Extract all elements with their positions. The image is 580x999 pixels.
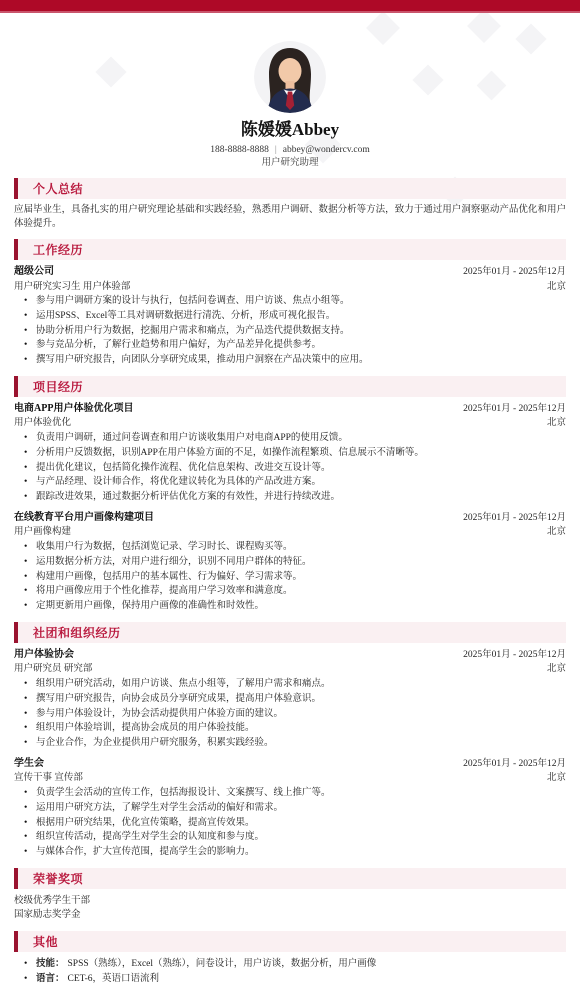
bullet-text: 构建用户画像，包括用户的基本属性、行为偏好、学习需求等。 — [36, 572, 302, 582]
other-list: 技能：SPSS（熟练），Excel（熟练），问卷设计，用户访谈，数据分析，用户画… — [14, 957, 566, 987]
entry-location: 北京 — [547, 416, 566, 431]
entry-sub-row: 宣传干事 宣传部北京 — [14, 771, 566, 786]
contact-line: 188-8888-8888|abbey@wondercv.com — [0, 144, 580, 157]
entry-bullets: 收集用户行为数据，包括浏览记录、学习时长、课程购买等。运用数据分析方法，对用户进… — [14, 540, 566, 614]
section-body: 校级优秀学生干部国家励志奖学金 — [14, 894, 566, 923]
section-project-experience: 项目经历电商APP用户体验优化项目2025年01月 - 2025年12月用户体验… — [14, 376, 566, 614]
section-body: 用户体验协会2025年01月 - 2025年12月用户研究员 研究部北京组织用户… — [14, 648, 566, 860]
entry-role: 用户体验优化 — [14, 416, 71, 431]
entry-role: 用户画像构建 — [14, 525, 71, 540]
candidate-name: 陈媛媛Abbey — [0, 119, 580, 141]
bullet-text: 参与用户调研方案的设计与执行，包括问卷调查、用户访谈、焦点小组等。 — [36, 296, 350, 306]
entry-bullets: 负责用户调研，通过问卷调查和用户访谈收集用户对电商APP的使用反馈。分析用户反馈… — [14, 431, 566, 505]
section-accent-bar — [14, 622, 18, 643]
sections: 个人总结应届毕业生，具备扎实的用户研究理论基础和实践经验，熟悉用户调研、数据分析… — [0, 178, 580, 987]
labeled-bullet-item: 技能：SPSS（熟练），Excel（熟练），问卷设计，用户访谈，数据分析，用户画… — [14, 957, 566, 972]
entry-role: 用户研究实习生 用户体验部 — [14, 280, 130, 295]
item-label: 技能： — [36, 959, 65, 969]
bullet-item: 负责学生会活动的宣传工作，包括海报设计、文案撰写、线上推广等。 — [14, 786, 566, 801]
section-personal-summary: 个人总结应届毕业生，具备扎实的用户研究理论基础和实践经验，熟悉用户调研、数据分析… — [14, 178, 566, 231]
summary-paragraph: 应届毕业生，具备扎实的用户研究理论基础和实践经验，熟悉用户调研、数据分析等方法，… — [14, 204, 566, 231]
bullet-item: 根据用户研究结果，优化宣传策略，提高宣传效果。 — [14, 816, 566, 831]
bullet-item: 将用户画像应用于个性化推荐，提高用户学习效率和满意度。 — [14, 584, 566, 599]
entry: 学生会2025年01月 - 2025年12月宣传干事 宣传部北京负责学生会活动的… — [14, 757, 566, 860]
entry-bullets: 参与用户调研方案的设计与执行，包括问卷调查、用户访谈、焦点小组等。运用SPSS、… — [14, 294, 566, 368]
award-line: 国家励志奖学金 — [14, 908, 566, 923]
entry-date: 2025年01月 - 2025年12月 — [463, 402, 566, 417]
bullet-text: 负责学生会活动的宣传工作，包括海报设计、文案撰写、线上推广等。 — [36, 788, 331, 798]
section-header-organization-experience: 社团和组织经历 — [14, 622, 566, 643]
bullet-text: 定期更新用户画像，保持用户画像的准确性和时效性。 — [36, 601, 264, 611]
section-body: 电商APP用户体验优化项目2025年01月 - 2025年12月用户体验优化北京… — [14, 402, 566, 614]
bullet-item: 构建用户画像，包括用户的基本属性、行为偏好、学习需求等。 — [14, 570, 566, 585]
bullet-text: 跟踪改进效果，通过数据分析评估优化方案的有效性，并进行持续改进。 — [36, 492, 340, 502]
section-header-honors: 荣誉奖项 — [14, 868, 566, 889]
phone-number: 188-8888-8888 — [210, 145, 269, 155]
entry-name: 学生会 — [14, 757, 44, 772]
bullet-item: 撰写用户研究报告，向协会成员分享研究成果，提高用户体验意识。 — [14, 692, 566, 707]
item-label: 语言： — [36, 974, 65, 984]
item-text: CET-6，英语口语流利 — [68, 974, 159, 984]
section-body: 应届毕业生，具备扎实的用户研究理论基础和实践经验，熟悉用户调研、数据分析等方法，… — [14, 204, 566, 231]
entry-name: 用户体验协会 — [14, 648, 74, 663]
section-header-work-experience: 工作经历 — [14, 239, 566, 260]
section-header-personal-summary: 个人总结 — [14, 178, 566, 199]
bullet-item: 跟踪改进效果，通过数据分析评估优化方案的有效性，并进行持续改进。 — [14, 490, 566, 505]
bullet-item: 参与用户体验设计，为协会活动提供用户体验方面的建议。 — [14, 707, 566, 722]
entry-date: 2025年01月 - 2025年12月 — [463, 265, 566, 280]
bullet-item: 负责用户调研，通过问卷调查和用户访谈收集用户对电商APP的使用反馈。 — [14, 431, 566, 446]
section-title: 社团和组织经历 — [33, 624, 121, 641]
bullet-item: 与媒体合作，扩大宣传范围，提高学生会的影响力。 — [14, 845, 566, 860]
entry-bullets: 组织用户研究活动，如用户访谈、焦点小组等，了解用户需求和痛点。撰写用户研究报告，… — [14, 677, 566, 751]
entry-sub-row: 用户画像构建北京 — [14, 525, 566, 540]
section-header-project-experience: 项目经历 — [14, 376, 566, 397]
section-body: 超级公司2025年01月 - 2025年12月用户研究实习生 用户体验部北京参与… — [14, 265, 566, 368]
section-accent-bar — [14, 178, 18, 199]
bullet-text: 参与竞品分析，了解行业趋势和用户偏好，为产品差异化提供参考。 — [36, 340, 321, 350]
bullet-item: 协助分析用户行为数据，挖掘用户需求和痛点，为产品迭代提供数据支持。 — [14, 324, 566, 339]
section-organization-experience: 社团和组织经历用户体验协会2025年01月 - 2025年12月用户研究员 研究… — [14, 622, 566, 860]
section-accent-bar — [14, 239, 18, 260]
bullet-item: 组织用户体验培训，提高协会成员的用户体验技能。 — [14, 721, 566, 736]
bullet-item: 组织用户研究活动，如用户访谈、焦点小组等，了解用户需求和痛点。 — [14, 677, 566, 692]
job-title: 用户研究助理 — [0, 157, 580, 170]
bullet-text: 运用SPSS、Excel等工具对调研数据进行清洗、分析，形成可视化报告。 — [36, 311, 335, 321]
bullet-text: 组织用户体验培训，提高协会成员的用户体验技能。 — [36, 723, 255, 733]
entry-name: 电商APP用户体验优化项目 — [14, 402, 133, 417]
bullet-item: 与产品经理、设计师合作，将优化建议转化为具体的产品改进方案。 — [14, 475, 566, 490]
entry-title-row: 在线教育平台用户画像构建项目2025年01月 - 2025年12月 — [14, 511, 566, 526]
bullet-text: 与产品经理、设计师合作，将优化建议转化为具体的产品改进方案。 — [36, 477, 321, 487]
bullet-text: 撰写用户研究报告，向团队分享研究成果，推动用户洞察在产品决策中的应用。 — [36, 355, 369, 365]
entry-bullets: 负责学生会活动的宣传工作，包括海报设计、文案撰写、线上推广等。运用用户研究方法，… — [14, 786, 566, 860]
entry-location: 北京 — [547, 662, 566, 677]
entry-location: 北京 — [547, 280, 566, 295]
entry-date: 2025年01月 - 2025年12月 — [463, 757, 566, 772]
section-body: 技能：SPSS（熟练），Excel（熟练），问卷设计，用户访谈，数据分析，用户画… — [14, 957, 566, 987]
section-title: 项目经历 — [33, 378, 83, 395]
entry: 用户体验协会2025年01月 - 2025年12月用户研究员 研究部北京组织用户… — [14, 648, 566, 751]
entry-title-row: 电商APP用户体验优化项目2025年01月 - 2025年12月 — [14, 402, 566, 417]
bullet-text: 运用用户研究方法，了解学生对学生会活动的偏好和需求。 — [36, 803, 283, 813]
section-accent-bar — [14, 868, 18, 889]
entry: 超级公司2025年01月 - 2025年12月用户研究实习生 用户体验部北京参与… — [14, 265, 566, 368]
section-accent-bar — [14, 931, 18, 952]
entry-sub-row: 用户研究实习生 用户体验部北京 — [14, 280, 566, 295]
section-other: 其他技能：SPSS（熟练），Excel（熟练），问卷设计，用户访谈，数据分析，用… — [14, 931, 566, 987]
section-honors: 荣誉奖项校级优秀学生干部国家励志奖学金 — [14, 868, 566, 923]
email-address: abbey@wondercv.com — [283, 145, 370, 155]
entry-title-row: 学生会2025年01月 - 2025年12月 — [14, 757, 566, 772]
entry: 电商APP用户体验优化项目2025年01月 - 2025年12月用户体验优化北京… — [14, 402, 566, 505]
bullet-text: 协助分析用户行为数据，挖掘用户需求和痛点，为产品迭代提供数据支持。 — [36, 326, 350, 336]
bullet-item: 定期更新用户画像，保持用户画像的准确性和时效性。 — [14, 599, 566, 614]
bullet-text: 收集用户行为数据，包括浏览记录、学习时长、课程购买等。 — [36, 542, 293, 552]
entry-role: 用户研究员 研究部 — [14, 662, 92, 677]
bullet-item: 运用数据分析方法，对用户进行细分，识别不同用户群体的特征。 — [14, 555, 566, 570]
bullet-text: 分析用户反馈数据，识别APP在用户体验方面的不足，如操作流程繁琐、信息展示不清晰… — [36, 448, 424, 458]
bullet-text: 负责用户调研，通过问卷调查和用户访谈收集用户对电商APP的使用反馈。 — [36, 433, 348, 443]
bullet-text: 与媒体合作，扩大宣传范围，提高学生会的影响力。 — [36, 847, 255, 857]
award-line: 校级优秀学生干部 — [14, 894, 566, 909]
section-work-experience: 工作经历超级公司2025年01月 - 2025年12月用户研究实习生 用户体验部… — [14, 239, 566, 368]
entry-name: 超级公司 — [14, 265, 54, 280]
entry-role: 宣传干事 宣传部 — [14, 771, 83, 786]
bullet-item: 分析用户反馈数据，识别APP在用户体验方面的不足，如操作流程繁琐、信息展示不清晰… — [14, 446, 566, 461]
entry-date: 2025年01月 - 2025年12月 — [463, 511, 566, 526]
entry-sub-row: 用户体验优化北京 — [14, 416, 566, 431]
bullet-text: 与企业合作，为企业提供用户研究服务，积累实践经验。 — [36, 738, 274, 748]
entry-location: 北京 — [547, 771, 566, 786]
bullet-text: 撰写用户研究报告，向协会成员分享研究成果，提高用户体验意识。 — [36, 694, 321, 704]
entry-location: 北京 — [547, 525, 566, 540]
section-title: 个人总结 — [33, 180, 83, 197]
entry-title-row: 超级公司2025年01月 - 2025年12月 — [14, 265, 566, 280]
bullet-item: 运用SPSS、Excel等工具对调研数据进行清洗、分析，形成可视化报告。 — [14, 309, 566, 324]
item-text: SPSS（熟练），Excel（熟练），问卷设计，用户访谈，数据分析，用户画像 — [68, 959, 377, 969]
bullet-text: 运用数据分析方法，对用户进行细分，识别不同用户群体的特征。 — [36, 557, 312, 567]
entry-date: 2025年01月 - 2025年12月 — [463, 648, 566, 663]
bullet-item: 收集用户行为数据，包括浏览记录、学习时长、课程购买等。 — [14, 540, 566, 555]
labeled-bullet-item: 语言：CET-6，英语口语流利 — [14, 972, 566, 987]
section-title: 其他 — [33, 933, 58, 950]
resume-header: 陈媛媛Abbey 188-8888-8888|abbey@wondercv.co… — [0, 41, 580, 170]
profile-photo — [254, 41, 326, 113]
bullet-item: 撰写用户研究报告，向团队分享研究成果，推动用户洞察在产品决策中的应用。 — [14, 353, 566, 368]
bullet-text: 根据用户研究结果，优化宣传策略，提高宣传效果。 — [36, 818, 255, 828]
section-title: 荣誉奖项 — [33, 870, 83, 887]
top-accent-bar — [0, 0, 580, 13]
section-header-other: 其他 — [14, 931, 566, 952]
bullet-text: 提出优化建议，包括简化操作流程、优化信息架构、改进交互设计等。 — [36, 463, 331, 473]
bullet-text: 组织宣传活动，提高学生对学生会的认知度和参与度。 — [36, 832, 264, 842]
bullet-item: 运用用户研究方法，了解学生对学生会活动的偏好和需求。 — [14, 801, 566, 816]
entry-title-row: 用户体验协会2025年01月 - 2025年12月 — [14, 648, 566, 663]
section-title: 工作经历 — [33, 241, 83, 258]
bullet-item: 提出优化建议，包括简化操作流程、优化信息架构、改进交互设计等。 — [14, 461, 566, 476]
section-accent-bar — [14, 376, 18, 397]
bullet-text: 组织用户研究活动，如用户访谈、焦点小组等，了解用户需求和痛点。 — [36, 679, 331, 689]
entry-name: 在线教育平台用户画像构建项目 — [14, 511, 154, 526]
resume-page: 陈媛媛Abbey 188-8888-8888|abbey@wondercv.co… — [0, 0, 580, 999]
bullet-text: 将用户画像应用于个性化推荐，提高用户学习效率和满意度。 — [36, 586, 293, 596]
bullet-item: 参与用户调研方案的设计与执行，包括问卷调查、用户访谈、焦点小组等。 — [14, 294, 566, 309]
bullet-text: 参与用户体验设计，为协会活动提供用户体验方面的建议。 — [36, 709, 283, 719]
bullet-item: 组织宣传活动，提高学生对学生会的认知度和参与度。 — [14, 830, 566, 845]
contact-separator: | — [275, 145, 277, 155]
entry: 在线教育平台用户画像构建项目2025年01月 - 2025年12月用户画像构建北… — [14, 511, 566, 614]
bullet-item: 参与竞品分析，了解行业趋势和用户偏好，为产品差异化提供参考。 — [14, 338, 566, 353]
bullet-item: 与企业合作，为企业提供用户研究服务，积累实践经验。 — [14, 736, 566, 751]
entry-sub-row: 用户研究员 研究部北京 — [14, 662, 566, 677]
